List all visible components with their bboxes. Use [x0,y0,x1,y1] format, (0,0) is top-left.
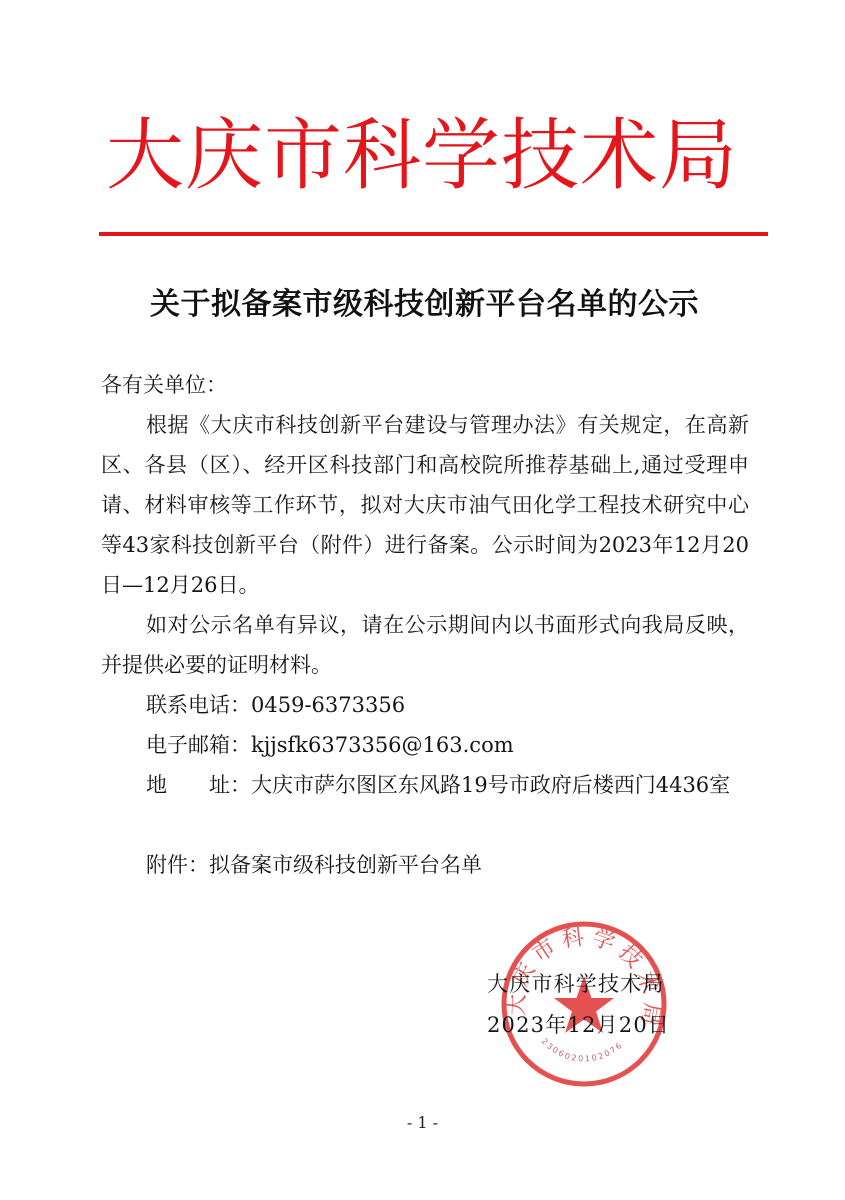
email-value: kjjsfk6373356@163.com [251,733,514,757]
attachment-label: 附件： [146,853,209,877]
signature-organization: 大庆市科学技术局 [487,964,687,1005]
address-value: 大庆市萨尔图区东风路19号市政府后楼西门4436室 [251,773,730,797]
blank-line [101,805,749,845]
salutation: 各有关单位： [101,365,749,405]
signature-block: 大庆市科学技术局 2023年12月20日 [487,964,687,1046]
phone-value: 0459-6373356 [251,693,405,717]
masthead-red-rule [99,232,768,236]
body-paragraph-2: 如对公示名单有异议，请在公示期间内以书面形式向我局反映，并提供必要的证明材料。 [101,605,749,685]
attachment-line: 附件：拟备案市级科技创新平台名单 [101,845,749,885]
body-paragraph-1: 根据《大庆市科技创新平台建设与管理办法》有关规定，在高新区、各县（区）、经开区科… [101,405,749,605]
document-title: 关于拟备案市级科技创新平台名单的公示 [0,284,845,326]
contact-phone-line: 联系电话：0459-6373356 [101,685,749,725]
document-page: 大庆市科学技术局 关于拟备案市级科技创新平台名单的公示 各有关单位： 根据《大庆… [0,0,845,1200]
page-number: - 1 - [0,1112,845,1134]
email-label: 电子邮箱： [146,733,251,757]
phone-label: 联系电话： [146,693,251,717]
masthead-title: 大庆市科学技术局 [100,108,751,204]
contact-address-line: 地 址：大庆市萨尔图区东风路19号市政府后楼西门4436室 [101,765,749,805]
address-label: 地 址： [146,773,251,797]
document-body: 各有关单位： 根据《大庆市科技创新平台建设与管理办法》有关规定，在高新区、各县（… [101,365,749,885]
attachment-title: 拟备案市级科技创新平台名单 [209,853,482,877]
signature-date: 2023年12月20日 [487,1005,687,1046]
contact-email-line: 电子邮箱：kjjsfk6373356@163.com [101,725,749,765]
